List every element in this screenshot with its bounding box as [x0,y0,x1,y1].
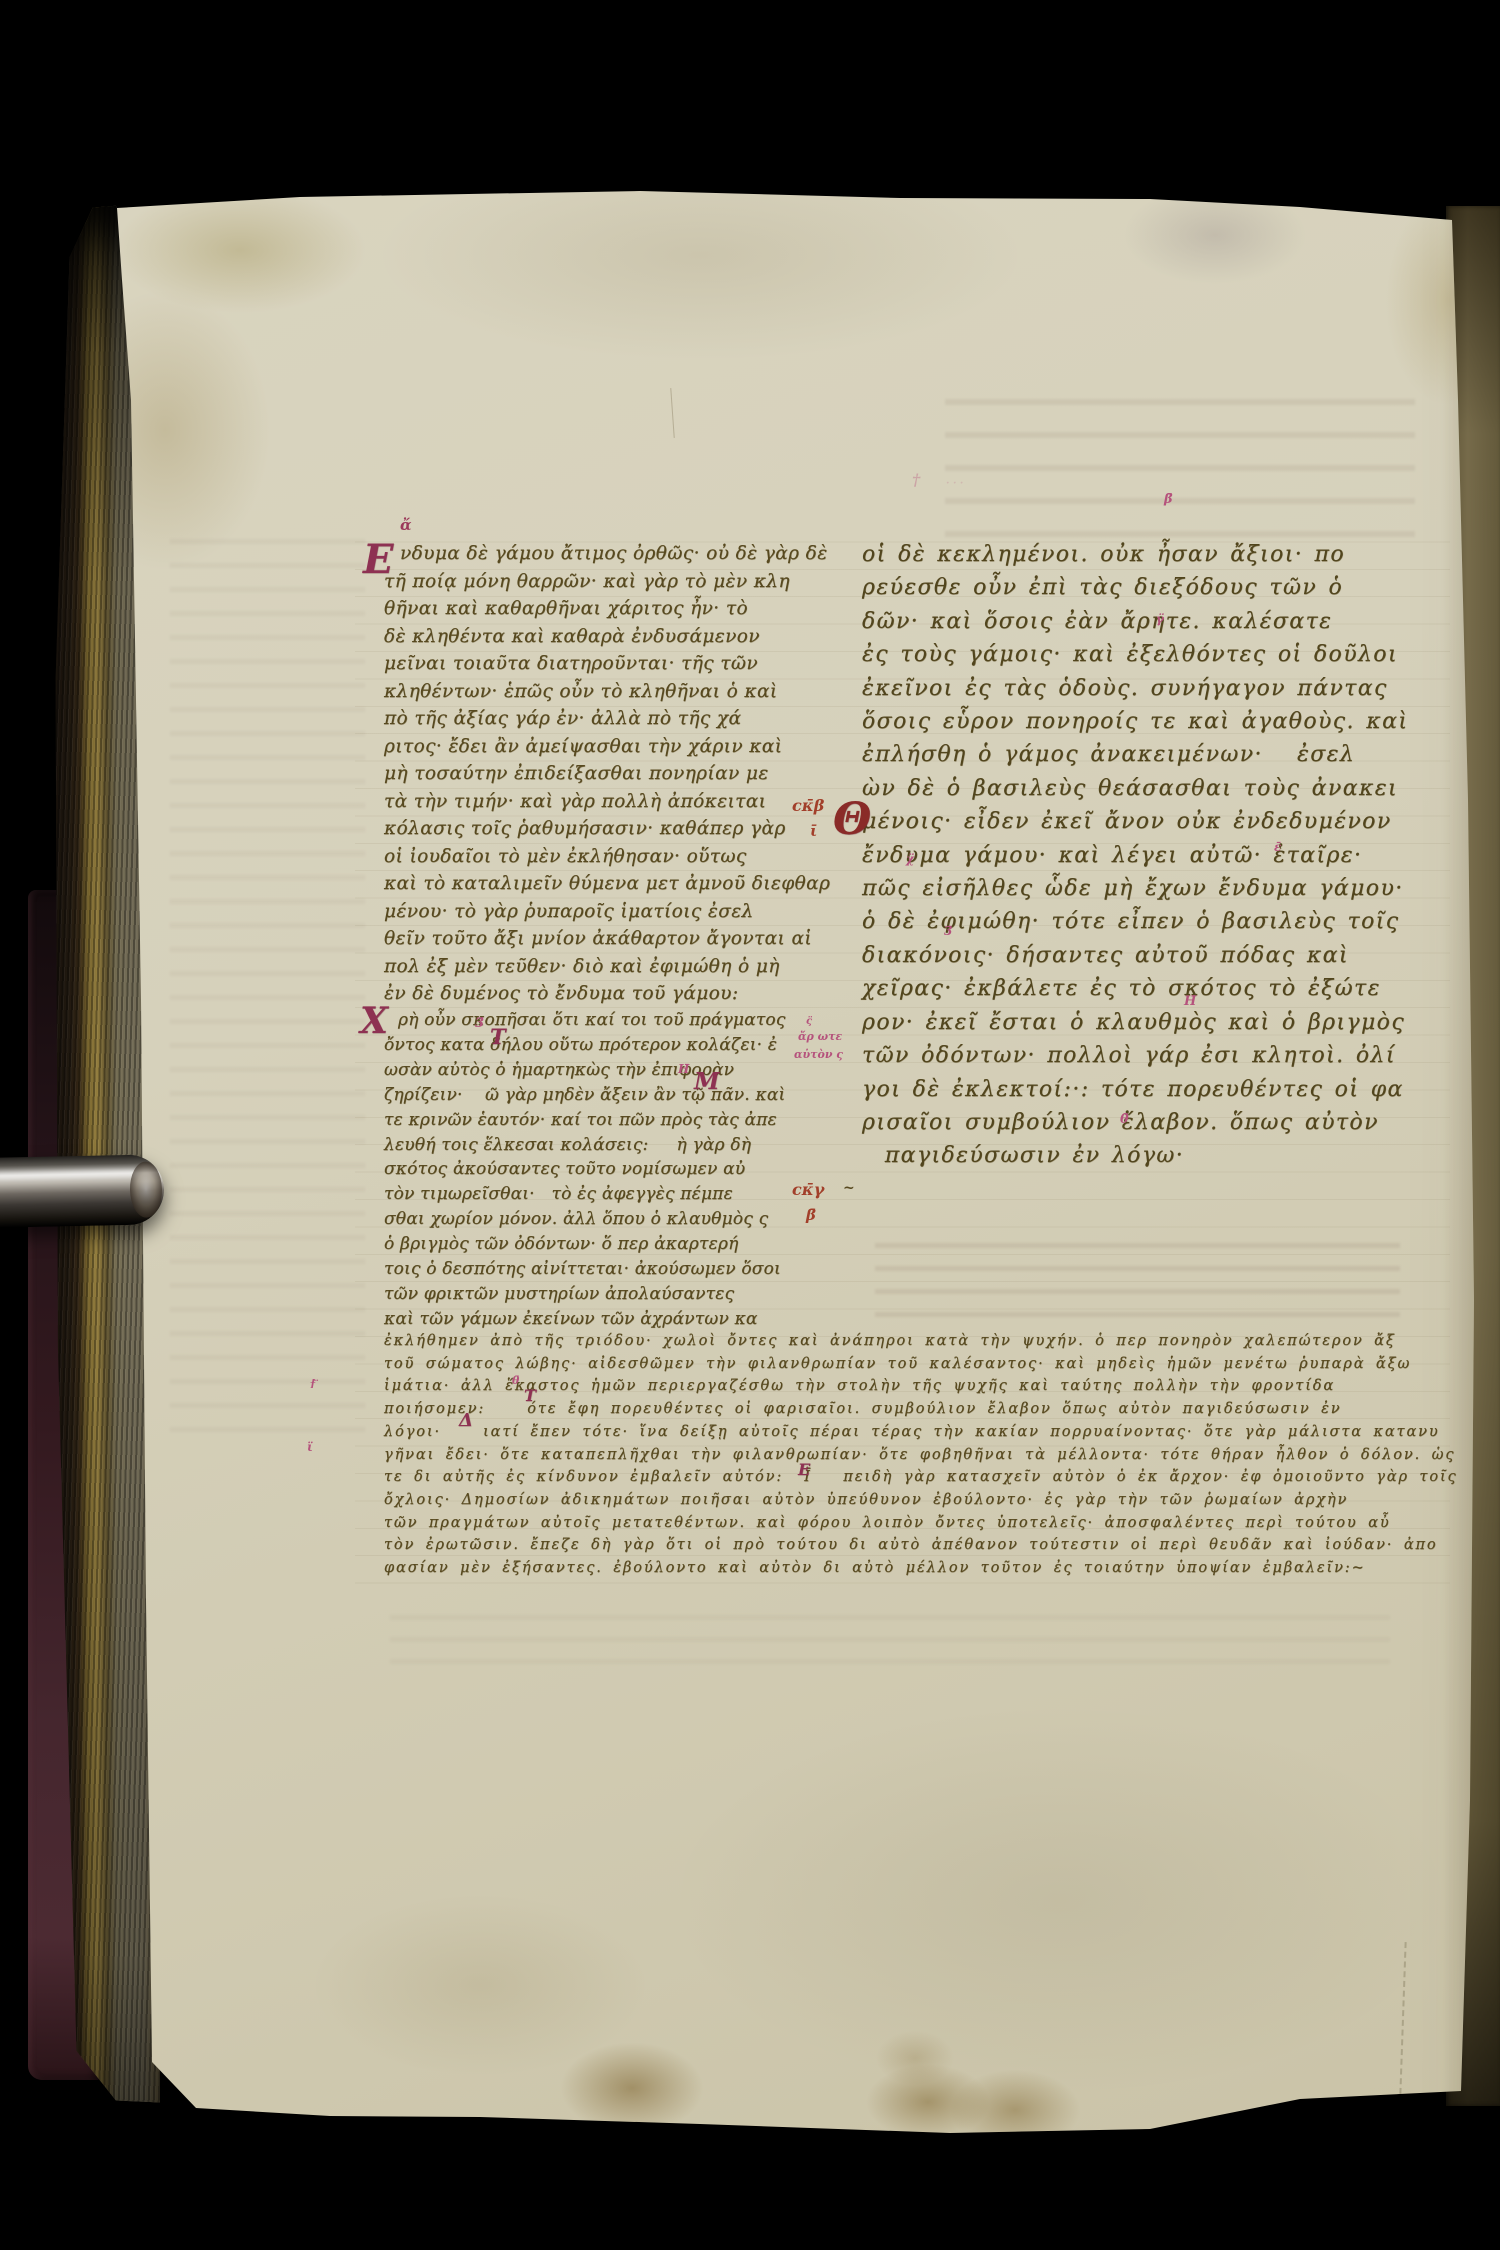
rubric-mark: αὐτὸν ς [794,1048,843,1061]
rubric-mark: ϲκ̄β [792,796,824,815]
rubric-mark: · · · [946,478,963,489]
rubric-mark: ~ [843,1180,855,1196]
rubric-mark: Η̄ [678,1062,689,1076]
rubric-mark: χ̈ [906,852,914,866]
rubric-mark: † [912,470,920,489]
rubric-mark: β̄ [1164,492,1173,507]
rubric-mark: ς̈ [806,1016,812,1027]
rubric-mark: ϲκ̄γ [792,1180,824,1199]
rubric-mark: θ̄ [512,1374,519,1387]
parchment-page: νδυμα δὲ γάμου ἄτιμος ὀρθῶς· οὐ δὲ γὰρ δ… [0,0,1500,2250]
photo-scene: νδυμα δὲ γάμου ἄτιμος ὀρθῶς· οὐ δὲ γὰρ δ… [0,0,1500,2250]
rubric-mark: θ̄ [1120,1112,1129,1127]
rubric-mark: ἄρ ωτε [798,1030,842,1043]
rubric-mark: ἄ [400,516,412,534]
rubric-mark: 3̄ [944,924,952,938]
rubric-mark: 3̄ [475,1016,484,1031]
rubric-mark: ϯ̈ [310,1376,315,1392]
rubric-mark: ϊ [307,1440,313,1454]
rubric-mark: Η̄ [1184,994,1196,1009]
rubric-mark: ῑ [810,822,817,840]
glass-page-weight [0,1154,165,1228]
rubric-mark: β̄ [806,1206,816,1224]
manuscript-photo-canvas: { "scene": { "background_color": "#00000… [0,0,1500,2250]
rubric-mark: ε̄ [1274,840,1281,854]
rubric-mark: γ̈ [1156,612,1164,626]
rubric-marks: ἄϲκ̄βῑς̈ἄρ ωτεαὐτὸν ςϲκ̄γβ̄~β̄γ̈χ̈ε̄3̄Η̄… [0,0,1500,2250]
